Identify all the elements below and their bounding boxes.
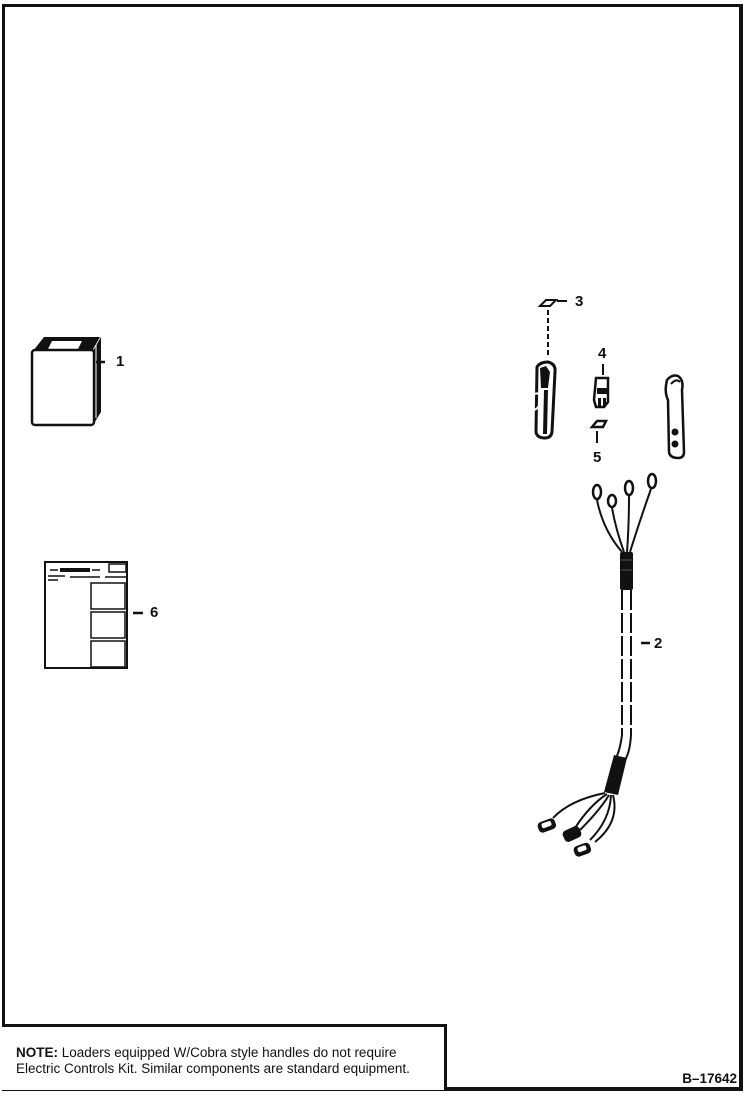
right-handle-icon xyxy=(666,376,684,459)
wiring-harness-icon xyxy=(536,474,656,858)
callout-3: 3 xyxy=(575,293,583,310)
note-box: NOTE: Loaders equipped W/Cobra style han… xyxy=(2,1024,447,1090)
switch-icon xyxy=(594,364,608,407)
decal-icon xyxy=(540,300,556,306)
relay-module-icon xyxy=(32,337,101,425)
instructions-sheet-icon xyxy=(45,562,127,668)
callout-1: 1 xyxy=(116,353,124,370)
figure-number: B–17642 xyxy=(682,1071,737,1086)
note-text: NOTE: Loaders equipped W/Cobra style han… xyxy=(16,1045,410,1077)
note-line-2: Electric Controls Kit. Similar component… xyxy=(16,1061,410,1076)
note-line-1: Loaders equipped W/Cobra style handles d… xyxy=(58,1045,396,1060)
callout-2: 2 xyxy=(654,635,662,652)
note-label: NOTE: xyxy=(16,1045,58,1060)
callout-5: 5 xyxy=(593,449,601,466)
callout-4: 4 xyxy=(598,345,606,362)
callout-6: 6 xyxy=(150,604,158,621)
parts-illustration xyxy=(0,0,749,1097)
switch-cap-icon xyxy=(592,421,606,427)
left-handle-icon xyxy=(533,362,555,438)
